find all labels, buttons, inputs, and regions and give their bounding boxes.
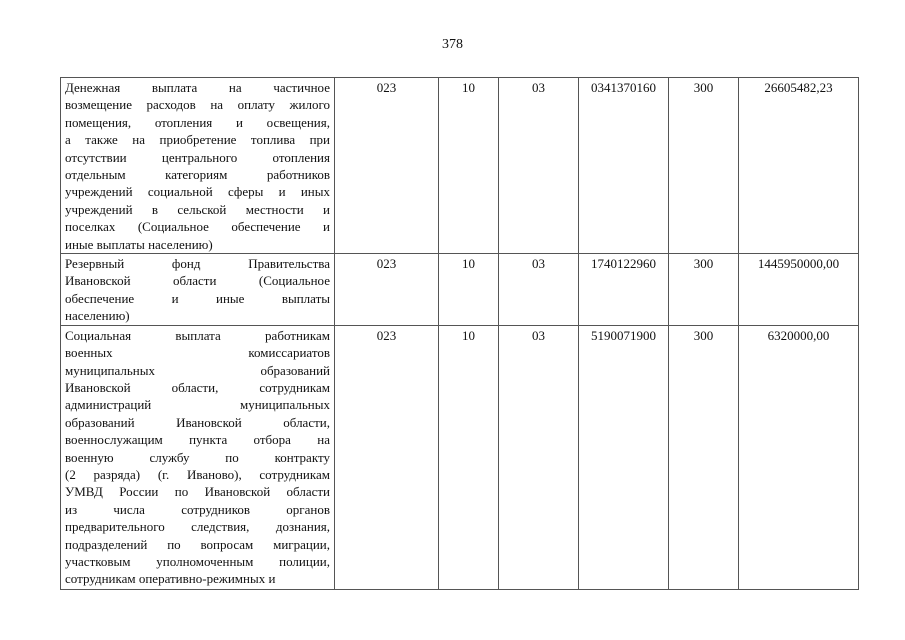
description-line: Ивановской области, сотрудникам <box>65 379 330 396</box>
ministry-code-cell: 023 <box>335 325 439 589</box>
description-line: Социальная выплата работникам <box>65 327 330 344</box>
target-article-cell: 1740122960 <box>579 254 669 326</box>
description-line: (2 разряда) (г. Иваново), сотрудникам <box>65 466 330 483</box>
description-line: отдельным категориям работников <box>65 166 330 183</box>
description-line: иные выплаты населению) <box>65 236 330 253</box>
description-line: отсутствии центрального отопления <box>65 149 330 166</box>
amount-cell: 6320000,00 <box>739 325 859 589</box>
table-row: Денежная выплата на частичноевозмещение … <box>61 78 859 254</box>
description-line: помещения, отопления и освещения, <box>65 114 330 131</box>
target-article-cell: 0341370160 <box>579 78 669 254</box>
subsection-code-cell: 03 <box>499 254 579 326</box>
description-cell: Денежная выплата на частичноевозмещение … <box>61 78 335 254</box>
section-code-cell: 10 <box>439 254 499 326</box>
description-line: учреждений социальной сферы и иных <box>65 183 330 200</box>
description-line: Денежная выплата на частичное <box>65 79 330 96</box>
description-line: предварительного следствия, дознания, <box>65 518 330 535</box>
amount-cell: 26605482,23 <box>739 78 859 254</box>
description-line: подразделений по вопросам миграции, <box>65 536 330 553</box>
expense-type-cell: 300 <box>669 254 739 326</box>
description-line: сотрудникам оперативно-режимных и <box>65 570 330 587</box>
section-code-cell: 10 <box>439 325 499 589</box>
budget-table: Денежная выплата на частичноевозмещение … <box>60 77 859 590</box>
description-line: муниципальных образований <box>65 362 330 379</box>
description-line: УМВД России по Ивановской области <box>65 483 330 500</box>
description-line: обеспечение и иные выплаты <box>65 290 330 307</box>
table-row: Социальная выплата работникамвоенных ком… <box>61 325 859 589</box>
description-line: участковым уполномоченным полиции, <box>65 553 330 570</box>
ministry-code-cell: 023 <box>335 78 439 254</box>
description-line: военнослужащим пункта отбора на <box>65 431 330 448</box>
description-line: из числа сотрудников органов <box>65 501 330 518</box>
ministry-code-cell: 023 <box>335 254 439 326</box>
description-line: возмещение расходов на оплату жилого <box>65 96 330 113</box>
description-line: военных комиссариатов <box>65 344 330 361</box>
subsection-code-cell: 03 <box>499 325 579 589</box>
description-cell: Резервный фонд ПравительстваИвановской о… <box>61 254 335 326</box>
expense-type-cell: 300 <box>669 325 739 589</box>
subsection-code-cell: 03 <box>499 78 579 254</box>
table-row: Резервный фонд ПравительстваИвановской о… <box>61 254 859 326</box>
description-line: администраций муниципальных <box>65 396 330 413</box>
section-code-cell: 10 <box>439 78 499 254</box>
description-line: поселках (Социальное обеспечение и <box>65 218 330 235</box>
expense-type-cell: 300 <box>669 78 739 254</box>
page-number: 378 <box>0 37 905 53</box>
description-line: Резервный фонд Правительства <box>65 255 330 272</box>
amount-cell: 1445950000,00 <box>739 254 859 326</box>
description-line: Ивановской области (Социальное <box>65 272 330 289</box>
target-article-cell: 5190071900 <box>579 325 669 589</box>
description-line: учреждений в сельской местности и <box>65 201 330 218</box>
description-cell: Социальная выплата работникамвоенных ком… <box>61 325 335 589</box>
description-line: а также на приобретение топлива при <box>65 131 330 148</box>
description-line: населению) <box>65 307 330 324</box>
description-line: военную службу по контракту <box>65 449 330 466</box>
description-line: образований Ивановской области, <box>65 414 330 431</box>
